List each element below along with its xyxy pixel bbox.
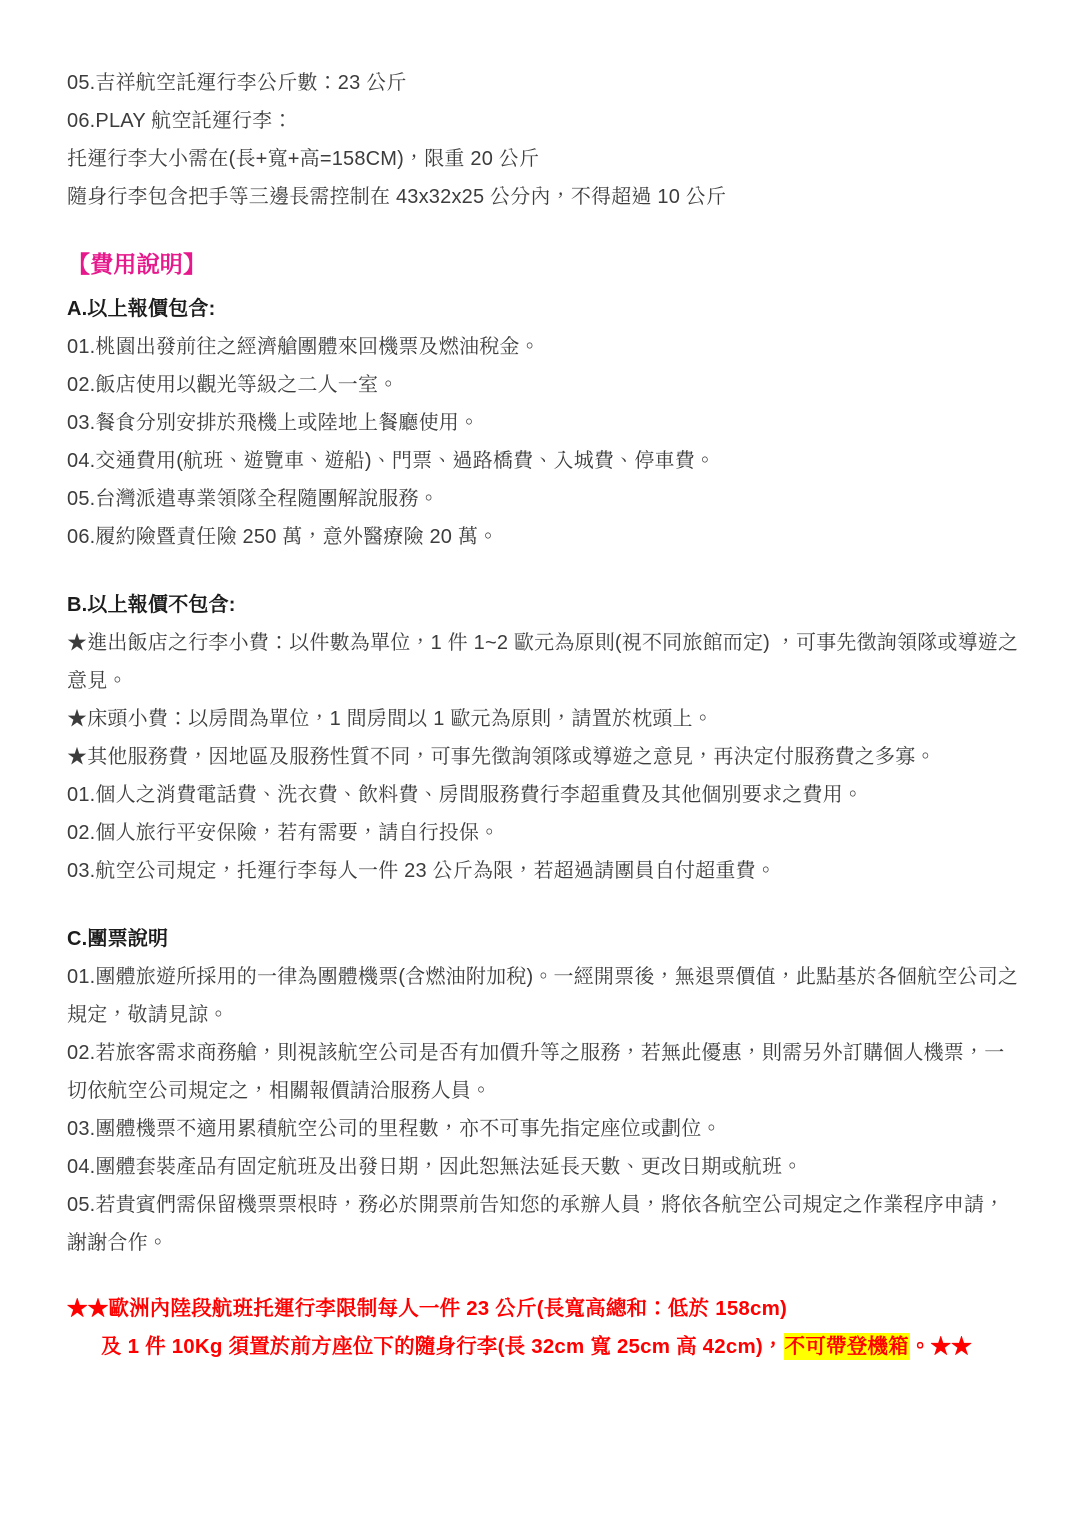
document-page: 05.吉祥航空託運行李公斤數：23 公斤 06.PLAY 航空託運行李： 托運行…: [0, 0, 1076, 1521]
price-excluded-item: ★床頭小費：以房間為單位，1 間房間以 1 歐元為原則，請置於枕頭上。: [67, 700, 1020, 738]
price-included-heading: A.以上報價包含:: [67, 290, 1020, 328]
group-ticket-heading: C.團票說明: [67, 920, 1020, 958]
price-included-item: 04.交通費用(航班、遊覽車、遊船)、門票、過路橋費、入城費、停車費。: [67, 442, 1020, 480]
baggage-rule-line: 托運行李大小需在(長+寬+高=158CM)，限重 20 公斤: [67, 140, 1020, 178]
price-included-item: 05.台灣派遣專業領隊全程隨團解說服務。: [67, 480, 1020, 518]
group-ticket-item: 02.若旅客需求商務艙，則視該航空公司是否有加價升等之服務，若無此優惠，則需另外…: [67, 1034, 1020, 1110]
price-excluded-section: B.以上報價不包含: ★進出飯店之行李小費：以件數為單位，1 件 1~2 歐元為…: [67, 586, 1020, 890]
price-included-item: 02.飯店使用以觀光等級之二人一室。: [67, 366, 1020, 404]
warning-line-2: 及 1 件 10Kg 須置於前方座位下的隨身行李(長 32cm 寬 25cm 高…: [67, 1328, 1020, 1366]
price-included-item: 03.餐食分別安排於飛機上或陸地上餐廳使用。: [67, 404, 1020, 442]
group-ticket-item: 03.團體機票不適用累積航空公司的里程數，亦不可事先指定座位或劃位。: [67, 1110, 1020, 1148]
warning-line-2-text: 及 1 件 10Kg 須置於前方座位下的隨身行李(長 32cm 寬 25cm 高…: [101, 1335, 784, 1358]
highlighted-no-carry-on-text: 不可帶登機箱: [784, 1333, 910, 1360]
price-excluded-heading: B.以上報價不包含:: [67, 586, 1020, 624]
warning-line-2-suffix: 。★★: [910, 1335, 972, 1358]
group-ticket-item: 04.團體套裝產品有固定航班及出發日期，因此恕無法延長天數、更改日期或航班。: [67, 1148, 1020, 1186]
fee-info-title: 【費用說明】: [67, 242, 1020, 286]
europe-baggage-warning: ★★歐洲內陸段航班托運行李限制每人一件 23 公斤(長寬高總和：低於 158cm…: [67, 1290, 1020, 1366]
baggage-rule-line: 05.吉祥航空託運行李公斤數：23 公斤: [67, 64, 1020, 102]
price-excluded-item: ★進出飯店之行李小費：以件數為單位，1 件 1~2 歐元為原則(視不同旅館而定)…: [67, 624, 1020, 700]
warning-line-1: ★★歐洲內陸段航班托運行李限制每人一件 23 公斤(長寬高總和：低於 158cm…: [67, 1290, 1020, 1328]
price-excluded-item: 03.航空公司規定，托運行李每人一件 23 公斤為限，若超過請團員自付超重費。: [67, 852, 1020, 890]
price-included-item: 06.履約險暨責任險 250 萬，意外醫療險 20 萬。: [67, 518, 1020, 556]
price-included-item: 01.桃園出發前往之經濟艙團體來回機票及燃油稅金。: [67, 328, 1020, 366]
baggage-rule-line: 隨身行李包含把手等三邊長需控制在 43x32x25 公分內，不得超過 10 公斤: [67, 178, 1020, 216]
group-ticket-section: C.團票說明 01.團體旅遊所採用的一律為團體機票(含燃油附加稅)。一經開票後，…: [67, 920, 1020, 1262]
price-excluded-item: 02.個人旅行平安保險，若有需要，請自行投保。: [67, 814, 1020, 852]
price-excluded-item: ★其他服務費，因地區及服務性質不同，可事先徵詢領隊或導遊之意見，再決定付服務費之…: [67, 738, 1020, 776]
baggage-rule-line: 06.PLAY 航空託運行李：: [67, 102, 1020, 140]
price-included-section: A.以上報價包含: 01.桃園出發前往之經濟艙團體來回機票及燃油稅金。 02.飯…: [67, 290, 1020, 556]
airline-baggage-rules-section: 05.吉祥航空託運行李公斤數：23 公斤 06.PLAY 航空託運行李： 托運行…: [67, 64, 1020, 216]
price-excluded-item: 01.個人之消費電話費、洗衣費、飲料費、房間服務費行李超重費及其他個別要求之費用…: [67, 776, 1020, 814]
group-ticket-item: 05.若貴賓們需保留機票票根時，務必於開票前告知您的承辦人員，將依各航空公司規定…: [67, 1186, 1020, 1262]
group-ticket-item: 01.團體旅遊所採用的一律為團體機票(含燃油附加稅)。一經開票後，無退票價值，此…: [67, 958, 1020, 1034]
